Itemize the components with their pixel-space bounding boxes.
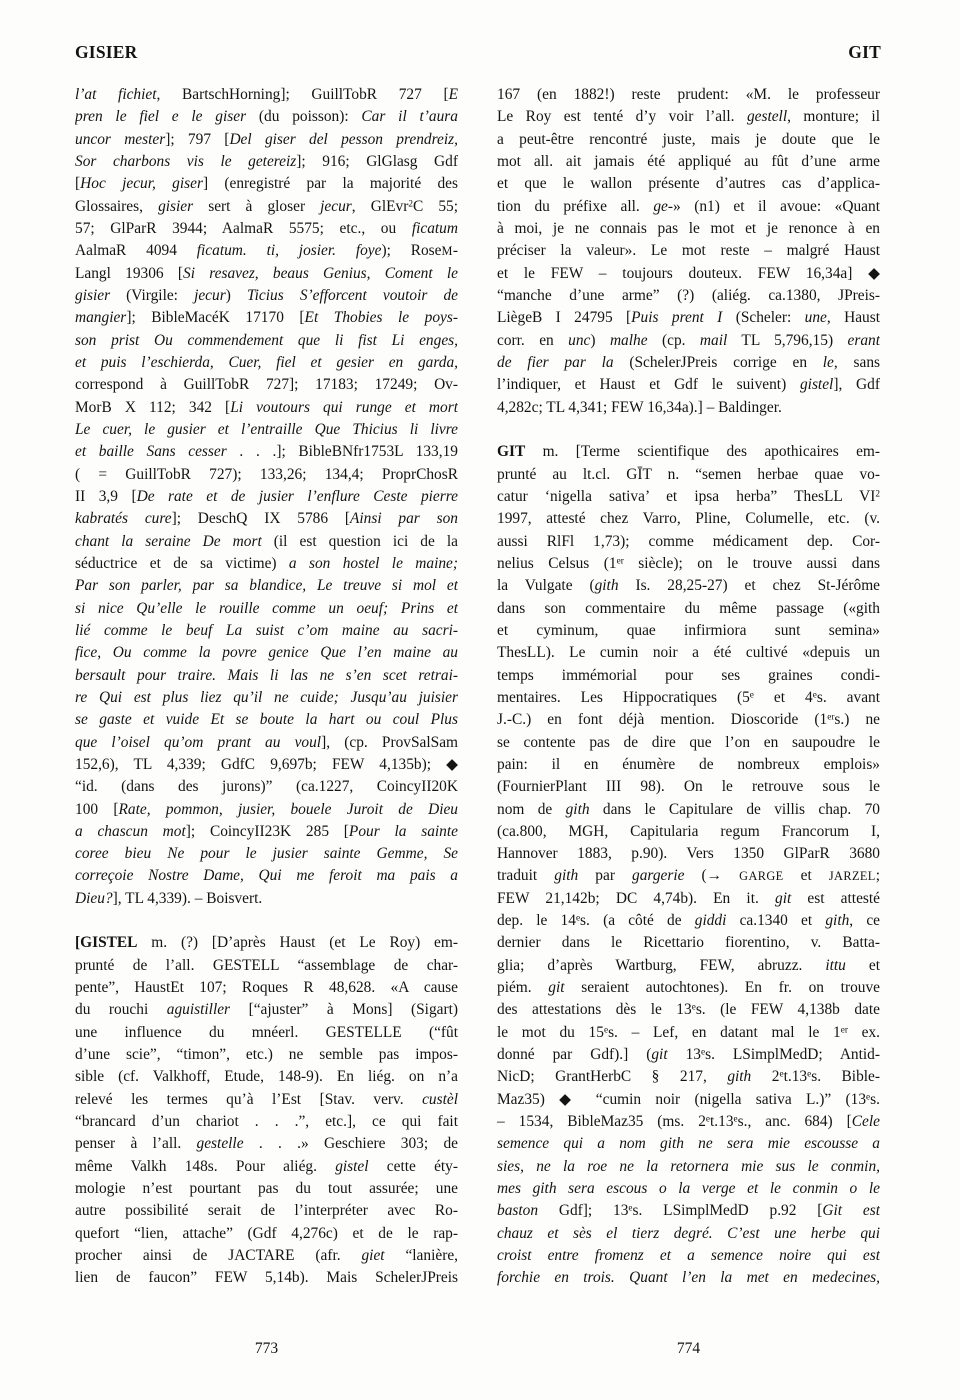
dictionary-scan-page: GISIER GIT l’at fichiet, BartschHorning]… (0, 0, 960, 1400)
text-line: de fier par la (SchelerJPreis corrige en… (497, 352, 880, 374)
text-line: tion du préfixe all. ge-» (n1) et il avo… (497, 196, 880, 218)
text-line: Le cuer, le gusier et l’entraille Que Th… (75, 419, 458, 441)
text-line: à moi, je ne connais pas le mot et je re… (497, 218, 880, 240)
text-line: “id. (dans des jurons)” (ca.1227, Coincy… (75, 776, 458, 798)
git-entry: GIT m. [Terme scientifique des apothicai… (497, 441, 880, 1289)
text-line: séductrice et de sa victime) a son hoste… (75, 553, 458, 575)
text-line: coree bieu Ne pour le jusier sainte Gemm… (75, 843, 458, 865)
text-line: l’indiquer, et Haust et Gdf le suivent) … (497, 374, 880, 396)
text-line: chauz et sès el tierz degré. C’est une h… (497, 1223, 880, 1245)
text-line: correspond à GuillTobR 727]; 17183; 1724… (75, 374, 458, 396)
text-line: 100 [Rate, pommon, jusier, bouele Juroit… (75, 799, 458, 821)
text-line: même Valkh 148s. Pour aliég. gistel cett… (75, 1156, 458, 1178)
page-number-left: 773 (75, 1340, 458, 1358)
text-line: autre possibilité serait de l’interpréte… (75, 1200, 458, 1222)
text-line: dernier dans le Ricettario fiorentino, v… (497, 932, 880, 954)
text-line: prunté au lt.cl. GĪT n. “semen herbae qu… (497, 464, 880, 486)
text-line: 57; GlParR 3944; AalmaR 5575; etc., ou f… (75, 218, 458, 240)
text-line: des attestations dès le 13es. (le FEW 4,… (497, 999, 880, 1021)
text-line: FEW 21,142b; DC 4,74b). En it. git est a… (497, 888, 880, 910)
text-line: pain: il en énumère de nombreux emplois» (497, 754, 880, 776)
text-line: piém. git seraient autochtones). En fr. … (497, 977, 880, 999)
text-line: Maz35) ◆ “cumin noir (nigella sativa L.)… (497, 1089, 880, 1111)
text-line: Le Roy est tenté d’y voir l’all. gestell… (497, 106, 880, 128)
text-line: mentaires. Les Hippocratiques (5e et 4es… (497, 687, 880, 709)
text-line: uncor mester]; 797 [Del giser del pesson… (75, 129, 458, 151)
text-line: “manche d’une arme” (?) (aliég. ca.1380,… (497, 285, 880, 307)
text-line: – 1534, BibleMaz35 (ms. 2et.13es., anc. … (497, 1111, 880, 1133)
text-line: re Qui est plus liez qu’il ne cuide; Jus… (75, 687, 458, 709)
text-line: ( = GuillTobR 727); 133,26; 134,4; Propr… (75, 464, 458, 486)
text-line: Langl 19306 [Si resavez, beaus Genius, C… (75, 263, 458, 285)
left-column: l’at fichiet, BartschHorning]; GuillTobR… (75, 84, 458, 1290)
gistel-entry-continuation: 167 (en 1882!) reste prudent: «M. le pro… (497, 84, 880, 419)
text-line: a chascun mot]; CoincyII23K 285 [Pour la… (75, 821, 458, 843)
running-header: GISIER GIT (75, 42, 881, 63)
text-line: LiègeB I 24795 [Puis prent I (Scheler: u… (497, 307, 880, 329)
text-line: kabratés cure]; DeschQ IX 5786 [Ainsi pa… (75, 508, 458, 530)
text-line: corr. en unc) malhe (cp. mail TL 5,796,1… (497, 330, 880, 352)
text-line: une influence du mnéerl. GESTELLE (“fût (75, 1022, 458, 1044)
text-line: glia; d’après Wartburg, FEW, abruzz. itt… (497, 955, 880, 977)
text-line: II 3,9 [De rate et de jusier l’enflure C… (75, 486, 458, 508)
text-line: MorB X 112; 342 [Li voutours qui runge e… (75, 397, 458, 419)
text-line: nom de gith dans le Capitulare de villis… (497, 799, 880, 821)
text-line: pren le fiel e le giser (du poisson): Ca… (75, 106, 458, 128)
text-line: dep. le 14es. (a côté de giddi ca.1340 e… (497, 910, 880, 932)
text-line: aussi RlFl 1,73); comme médicament dep. … (497, 531, 880, 553)
text-line: l’at fichiet, BartschHorning]; GuillTobR… (75, 84, 458, 106)
text-line: ThesLL). Le cumin noir a été cultivé «de… (497, 642, 880, 664)
text-line: (FournierPlant III 98). On le retrouve s… (497, 776, 880, 798)
text-line: nelius Celsus (1er siècle); on le trouve… (497, 553, 880, 575)
text-line: forchie en trois. Quant l’en la met en m… (497, 1267, 880, 1289)
text-line: “brancard d’un chariot . . .”, etc.], ce… (75, 1111, 458, 1133)
text-line: sies, ne la roe ne la retornera mie sus … (497, 1156, 880, 1178)
text-line: et baille Sans cesser . . .]; BibleBNfr1… (75, 441, 458, 463)
text-line: 4,282c; TL 4,341; FEW 16,34a).] – Baldin… (497, 397, 880, 419)
text-line: se gaste et vuide Et se boute la hart ou… (75, 709, 458, 731)
text-line: 1997, attesté chez Varro, Pline, Columel… (497, 508, 880, 530)
text-line: bersault pour traire. Mais li las ne s’e… (75, 665, 458, 687)
text-line: fice, Ou comme la povre genice Que l’en … (75, 642, 458, 664)
text-line: lié comme le beuf La suist c’om maine au… (75, 620, 458, 642)
text-line: procher ainsi de JACTARE (afr. giet “lan… (75, 1245, 458, 1267)
text-line: donné par Gdf).] (git 13es. LSimplMedD; … (497, 1044, 880, 1066)
text-line: mes gith sera escous o la verge et le co… (497, 1178, 880, 1200)
text-line: Hannover 1883, p.90). Vers 1350 GlParR 3… (497, 843, 880, 865)
text-line: Par son parler, par sa blandice, Le treu… (75, 575, 458, 597)
header-keyword-right: GIT (848, 42, 881, 63)
text-line: NicD; GrantHerbC § 217, gith 2et.13es. B… (497, 1066, 880, 1088)
text-line: baston Gdf]; 13es. LSimplMedD p.92 [Git … (497, 1200, 880, 1222)
text-line: Sor charbons vis le getereiz]; 916; GlGl… (75, 151, 458, 173)
text-line: relevé les termes qu’à l’Est [Stav. verv… (75, 1089, 458, 1111)
text-line: penser à l’all. gestelle . . .» Geschier… (75, 1133, 458, 1155)
text-line: [GISTEL m. (?) [D’après Haust (et Le Roy… (75, 932, 458, 954)
page-number-right: 774 (497, 1340, 880, 1358)
text-line: que l’oisel qu’om prant au voul], (cp. P… (75, 732, 458, 754)
text-line: le mot du 15es. – Lef, en datant mal le … (497, 1022, 880, 1044)
text-line: temps immémorial pour ses graines condi- (497, 665, 880, 687)
text-line: traduit gith par gargerie (→ GARGE et JA… (497, 865, 880, 887)
text-line: la Vulgate (gith Is. 28,25-27) et chez S… (497, 575, 880, 597)
text-line: J.-C.) en font déjà mention. Dioscoride … (497, 709, 880, 731)
text-line: [Hoc jecur, giser] (enregistré par la ma… (75, 173, 458, 195)
text-line: GIT m. [Terme scientifique des apothicai… (497, 441, 880, 463)
text-line: mangier]; BibleMacéK 17170 [Et Thobies l… (75, 307, 458, 329)
text-line: pente”, HaustEt 107; Roques R 48,628. «A… (75, 977, 458, 999)
text-line: et cyminum, quae infirmiora sunt semina» (497, 620, 880, 642)
text-line: se contente pas de dire que l’on en saup… (497, 732, 880, 754)
text-line: si nice Qu’elle le rouille comme un oeuf… (75, 598, 458, 620)
text-line: semence qui a nom gith ne sera mie escou… (497, 1133, 880, 1155)
text-line: catur ‘nigella sativa’ et ipsa herba” Th… (497, 486, 880, 508)
text-line: Glossaires, gisier sert à gloser jecur, … (75, 196, 458, 218)
text-line: lien de faucon” FEW 5,14b). Mais Scheler… (75, 1267, 458, 1289)
text-line: AalmaR 4094 ficatum. ti, josier. foye); … (75, 240, 458, 262)
text-line: correçoie Nostre Dame, Qui me feroit ma … (75, 865, 458, 887)
text-line: d’une scie”, “timon”, etc.) ne semble pa… (75, 1044, 458, 1066)
gisier-entry-continuation: l’at fichiet, BartschHorning]; GuillTobR… (75, 84, 458, 910)
text-line: chant la seraine De mort (il est questio… (75, 531, 458, 553)
text-line: croist entre fromenz et a semence noire … (497, 1245, 880, 1267)
gistel-entry: [GISTEL m. (?) [D’après Haust (et Le Roy… (75, 932, 458, 1289)
text-line: a peut-être rencontré juste, mais je dou… (497, 129, 880, 151)
text-line: préciser la valeur». Le mot reste – malg… (497, 240, 880, 262)
text-line: et le FEW – toujours douteux. FEW 16,34a… (497, 263, 880, 285)
text-line: 167 (en 1882!) reste prudent: «M. le pro… (497, 84, 880, 106)
right-column: 167 (en 1882!) reste prudent: «M. le pro… (497, 84, 880, 1290)
text-line: et que le wallon présente d’autres cas d… (497, 173, 880, 195)
text-line: et puis l’eschierda, Cuer, fiel et gesie… (75, 352, 458, 374)
text-line: prunté de l’all. GESTELL “assemblage de … (75, 955, 458, 977)
text-line: Dieu?], TL 4,339). – Boisvert. (75, 888, 458, 910)
header-keyword-left: GISIER (75, 42, 137, 63)
text-columns: l’at fichiet, BartschHorning]; GuillTobR… (75, 84, 880, 1290)
text-line: dans son commentaire du même passage («g… (497, 598, 880, 620)
text-line: sible (cf. Valkhoff, Etude, 148-9). En l… (75, 1066, 458, 1088)
text-line: 152,6), TL 4,339; GdfC 9,697b; FEW 4,135… (75, 754, 458, 776)
text-line: mot all. ait jamais été appliqué au fût … (497, 151, 880, 173)
text-line: gisier (Virgile: jecur) Ticius S’efforce… (75, 285, 458, 307)
text-line: son prist Ou commendement que li fist Li… (75, 330, 458, 352)
text-line: mologie n’est pourtant pas du tout assur… (75, 1178, 458, 1200)
text-line: (ca.800, MGH, Capitularia regum Francoru… (497, 821, 880, 843)
text-line: quefort “lien, attache” (Gdf 4,276c) et … (75, 1223, 458, 1245)
text-line: du rouchi aguistiller [“ajuster” à Mons]… (75, 999, 458, 1021)
